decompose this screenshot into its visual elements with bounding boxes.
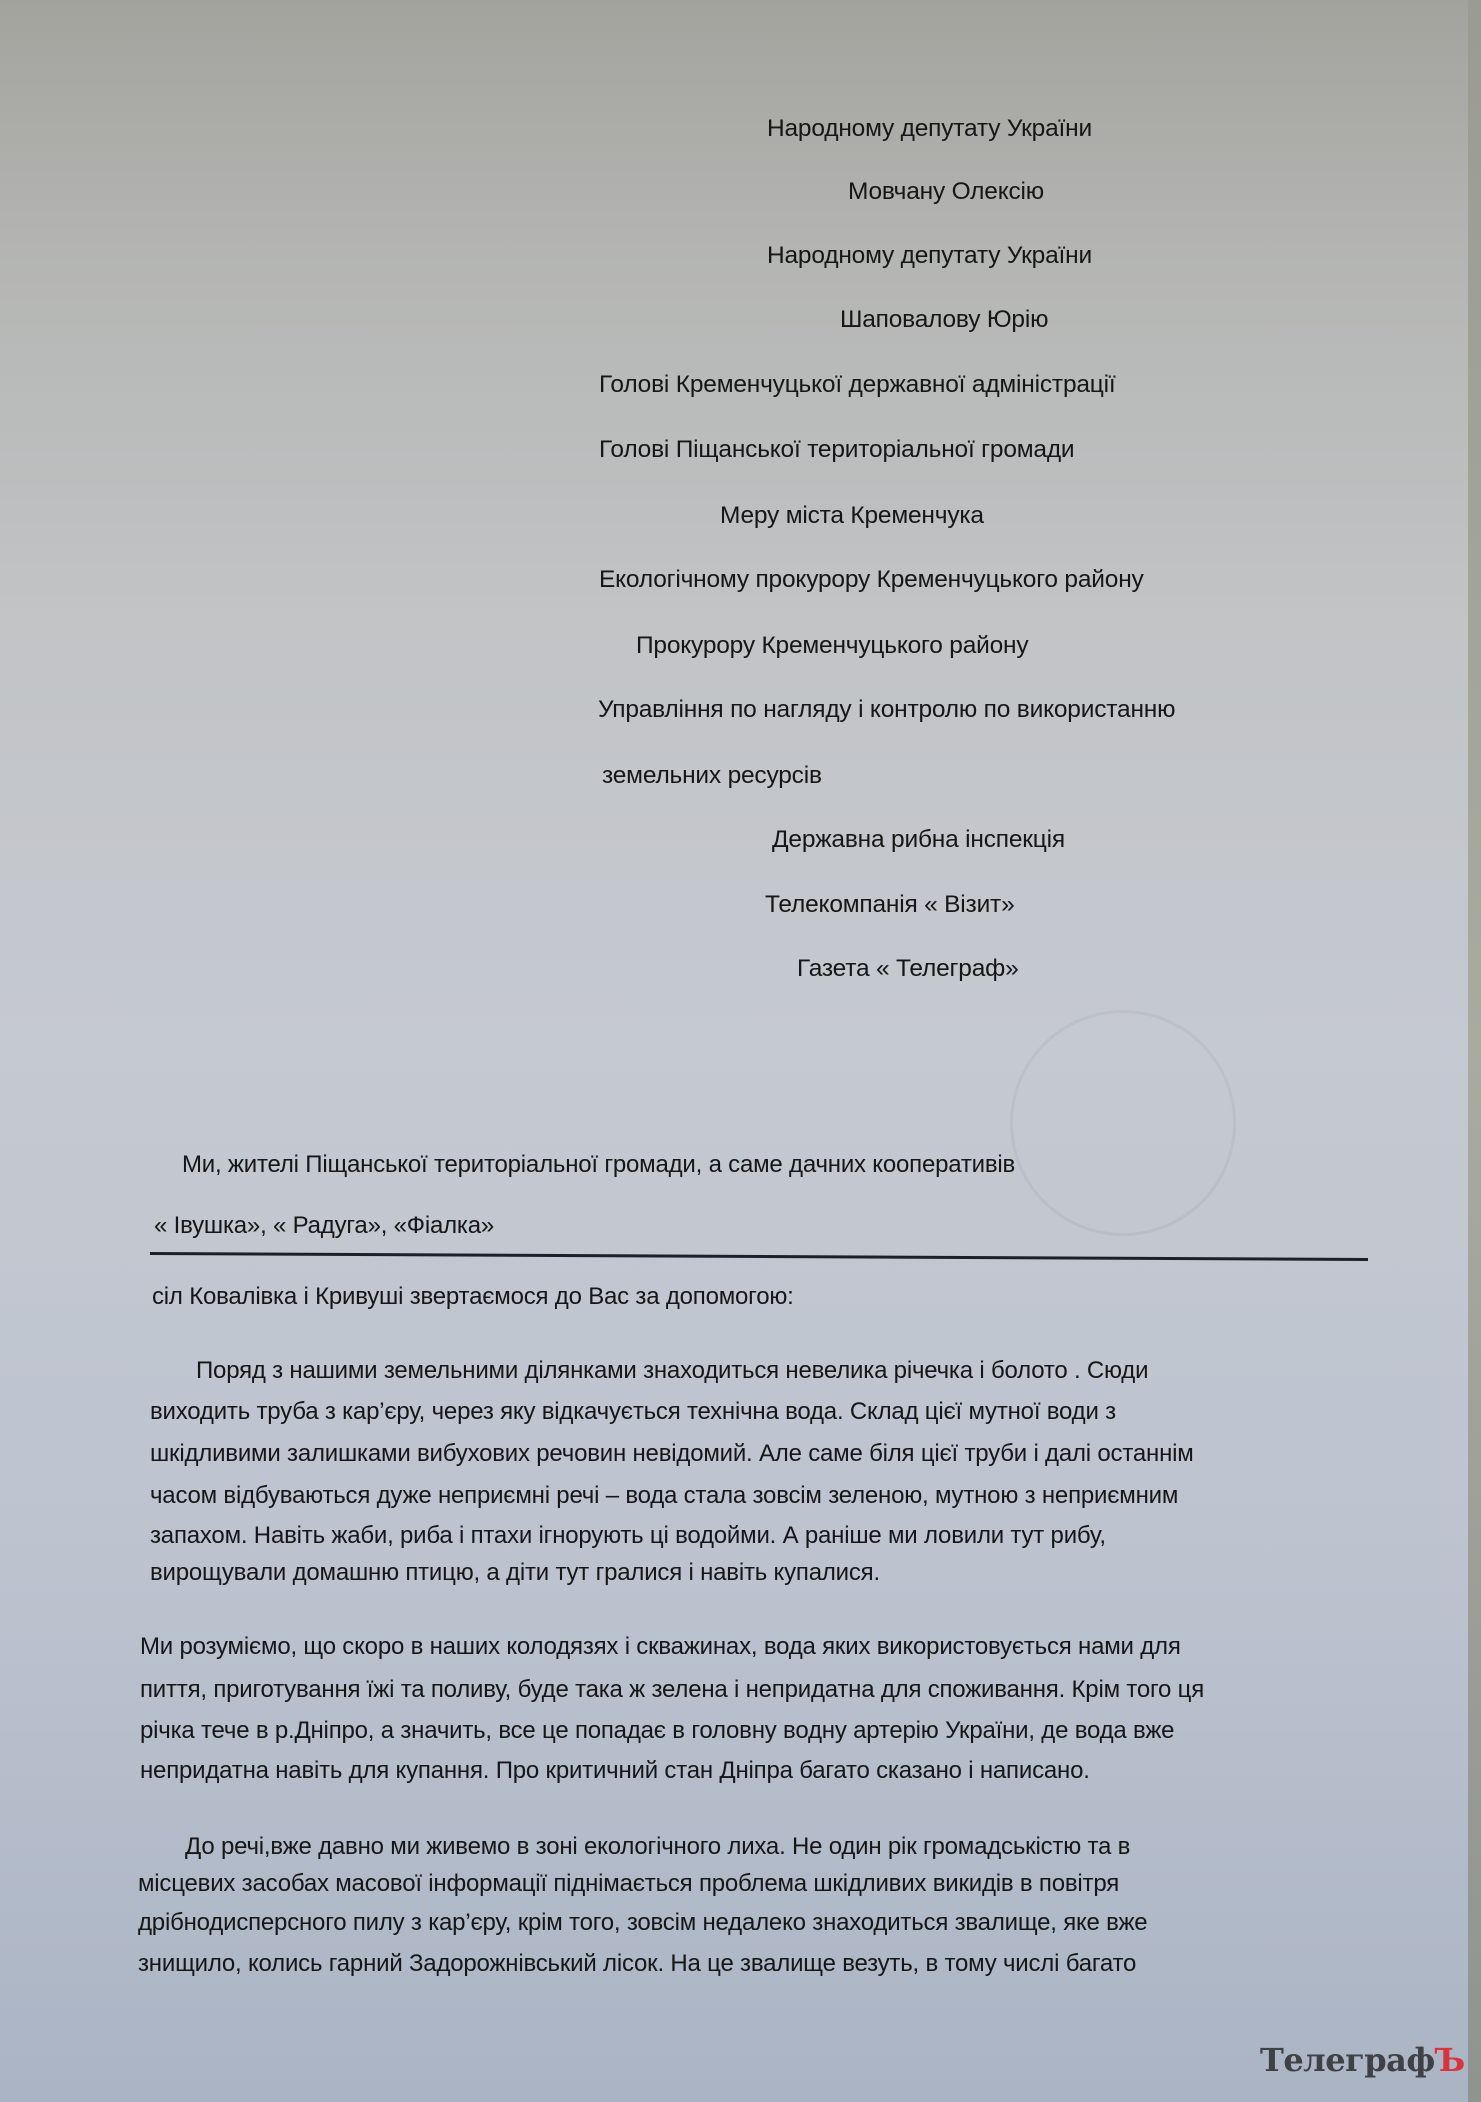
intro-line: сіл Ковалівка і Кривуші звертаємося до В… xyxy=(152,1285,794,1309)
paragraph-line: До речі,вже давно ми живемо в зоні еколо… xyxy=(185,1835,1130,1859)
addressee-line: Голові Кременчуцької державної адміністр… xyxy=(599,373,1115,398)
paragraph-line: шкідливими залишками вибухових речовин н… xyxy=(150,1442,1194,1466)
addressee-line: Народному депутату України xyxy=(767,244,1092,269)
addressee-line: Державна рибна інспекція xyxy=(772,828,1065,853)
addressee-line: Екологічному прокурору Кременчуцького ра… xyxy=(599,568,1144,593)
paragraph-line: непридатна навіть для купання. Про крити… xyxy=(140,1759,1090,1783)
paragraph-line: дрібнодисперсного пилу з кар’єру, крім т… xyxy=(138,1911,1147,1935)
paragraph-line: вирощували домашню птицю, а діти тут гра… xyxy=(150,1561,880,1585)
paper-sheet: Народному депутату України Мовчану Олекс… xyxy=(0,0,1468,2102)
faint-stamp-bleedthrough xyxy=(1010,1010,1236,1236)
addressee-line: земельних ресурсів xyxy=(602,764,822,789)
addressee-line: Прокурору Кременчуцького району xyxy=(636,634,1028,659)
addressee-line: Народному депутату України xyxy=(767,117,1092,142)
addressee-line: Меру міста Кременчука xyxy=(720,504,984,529)
telegraf-watermark-logo: ТелеграфЪ xyxy=(1260,2041,1465,2079)
paragraph-line: знищило, колись гарний Задорожнівський л… xyxy=(138,1952,1136,1976)
page-edge-background xyxy=(1468,0,1481,2102)
addressee-line: Газета « Телеграф» xyxy=(797,957,1019,982)
paragraph-line: місцевих засобах масової інформації підн… xyxy=(138,1872,1119,1896)
addressee-line: Управління по нагляду і контролю по вико… xyxy=(598,698,1175,723)
paragraph-line: часом відбуваються дуже неприємні речі –… xyxy=(150,1484,1178,1508)
addressee-line: Шаповалову Юрію xyxy=(840,308,1048,333)
addressee-line: Телекомпанія « Візит» xyxy=(765,893,1015,918)
cooperatives-line: « Івушка», « Радуга», «Фіалка» xyxy=(154,1214,494,1238)
addressee-line: Голові Піщанської територіальної громади xyxy=(599,438,1074,463)
horizontal-rule xyxy=(150,1252,1368,1261)
paragraph-line: виходить труба з кар’єру, через яку відк… xyxy=(150,1400,1116,1424)
addressee-line: Мовчану Олексію xyxy=(848,180,1044,205)
intro-line: Ми, жителі Піщанської територіальної гро… xyxy=(182,1153,1015,1177)
watermark-accent: Ъ xyxy=(1435,2041,1465,2079)
paragraph-line: Ми розуміємо, що скоро в наших колодязях… xyxy=(140,1635,1181,1659)
paragraph-line: пиття, приготування їжі та поливу, буде … xyxy=(140,1678,1204,1702)
paragraph-line: Поряд з нашими земельними ділянками знах… xyxy=(196,1359,1148,1383)
paragraph-line: запахом. Навіть жаби, риба і птахи ігнор… xyxy=(150,1524,1106,1548)
paragraph-line: річка тече в р.Дніпро, а значить, все це… xyxy=(140,1719,1174,1743)
watermark-main: Телеграф xyxy=(1260,2041,1435,2079)
